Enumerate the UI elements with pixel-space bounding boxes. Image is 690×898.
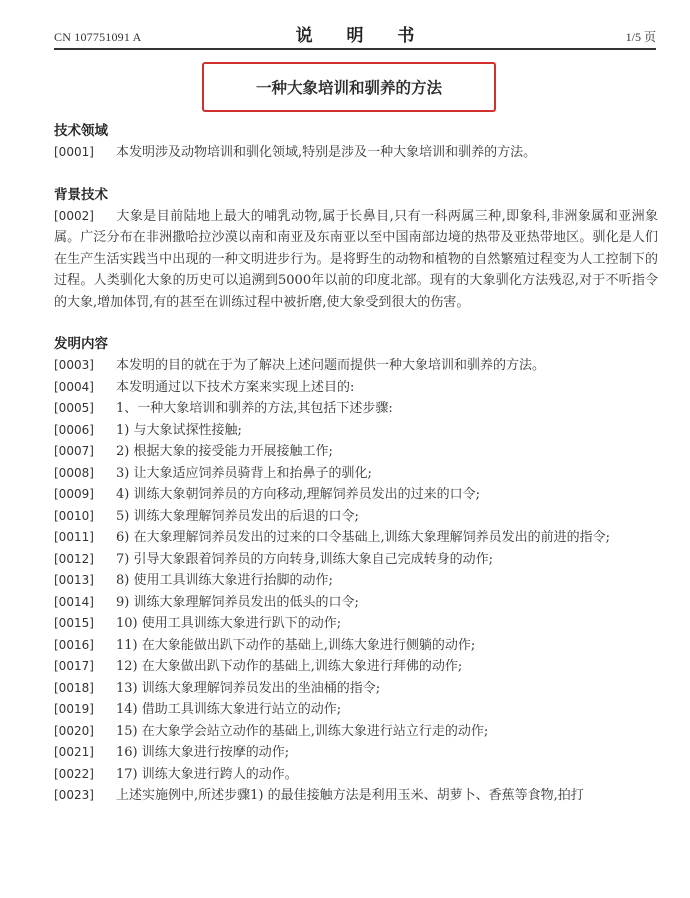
paragraph-number: [0007] xyxy=(54,441,116,463)
paragraph-number: [0008] xyxy=(54,463,116,485)
paragraph: [0010]5) 训练大象理解饲养员发出的后退的口令; xyxy=(54,506,658,528)
paragraph: [0006]1) 与大象试探性接触; xyxy=(54,420,658,442)
paragraph: [0015]10) 使用工具训练大象进行趴下的动作; xyxy=(54,613,658,635)
paragraph-text: 9) 训练大象理解饲养员发出的低头的口令; xyxy=(116,595,359,610)
paragraph: [0018]13) 训练大象理解饲养员发出的坐油桶的指令; xyxy=(54,678,658,700)
paragraph-text: 本发明涉及动物培训和驯化领域,特别是涉及一种大象培训和驯养的方法。 xyxy=(116,145,536,160)
paragraph: [0021]16) 训练大象进行按摩的动作; xyxy=(54,742,658,764)
paragraph-number: [0012] xyxy=(54,549,116,571)
section-heading-technical-field: 技术领域 xyxy=(54,120,658,142)
paragraph-text: 13) 训练大象理解饲养员发出的坐油桶的指令; xyxy=(116,681,380,696)
paragraph: [0011]6) 在大象理解饲养员发出的过来的口令基础上,训练大象理解饲养员发出… xyxy=(54,527,658,549)
paragraph: [0022]17) 训练大象进行跨人的动作。 xyxy=(54,764,658,786)
paragraph-number: [0010] xyxy=(54,506,116,528)
paragraph-text: 15) 在大象学会站立动作的基础上,训练大象进行站立行走的动作; xyxy=(116,724,488,739)
paragraph-number: [0016] xyxy=(54,635,116,657)
paragraph-number: [0003] xyxy=(54,355,116,377)
paragraph: [0016]11) 在大象能做出趴下动作的基础上,训练大象进行侧躺的动作; xyxy=(54,635,658,657)
paragraph-text: 16) 训练大象进行按摩的动作; xyxy=(116,745,289,760)
paragraph-number: [0005] xyxy=(54,398,116,420)
paragraph-text: 本发明的目的就在于为了解决上述问题而提供一种大象培训和驯养的方法。 xyxy=(116,358,545,373)
paragraph: [0023]上述实施例中,所述步骤1) 的最佳接触方法是利用玉米、胡萝卜、香蕉等… xyxy=(54,785,658,807)
paragraph-text: 1) 与大象试探性接触; xyxy=(116,423,242,438)
paragraph: [0003]本发明的目的就在于为了解决上述问题而提供一种大象培训和驯养的方法。 xyxy=(54,355,658,377)
paragraph: [0019]14) 借助工具训练大象进行站立的动作; xyxy=(54,699,658,721)
paragraph-number: [0020] xyxy=(54,721,116,743)
paragraph-number: [0018] xyxy=(54,678,116,700)
paragraph: [0009]4) 训练大象朝饲养员的方向移动,理解饲养员发出的过来的口令; xyxy=(54,484,658,506)
paragraph-number: [0006] xyxy=(54,420,116,442)
paragraph-text: 7) 引导大象跟着饲养员的方向转身,训练大象自己完成转身的动作; xyxy=(116,552,493,567)
paragraph: [0007]2) 根据大象的接受能力开展接触工作; xyxy=(54,441,658,463)
paragraph-text: 1、一种大象培训和驯养的方法,其包括下述步骤: xyxy=(116,401,393,416)
paragraph-text: 10) 使用工具训练大象进行趴下的动作; xyxy=(116,616,341,631)
paragraph-number: [0017] xyxy=(54,656,116,678)
paragraph-text: 14) 借助工具训练大象进行站立的动作; xyxy=(116,702,341,717)
paragraph: [0013]8) 使用工具训练大象进行抬脚的动作; xyxy=(54,570,658,592)
paragraph-number: [0004] xyxy=(54,377,116,399)
paragraph-text: 大象是目前陆地上最大的哺乳动物,属于长鼻目,只有一科两属三种,即象科,非洲象属和… xyxy=(54,209,658,310)
page-header: CN 107751091 A 说 明 书 1/5 页 xyxy=(54,22,656,50)
paragraph-text: 11) 在大象能做出趴下动作的基础上,训练大象进行侧躺的动作; xyxy=(116,638,475,653)
page-indicator: 1/5 页 xyxy=(626,28,656,45)
paragraph-number: [0021] xyxy=(54,742,116,764)
section-heading-background: 背景技术 xyxy=(54,184,658,206)
summary-paragraph-list: [0003]本发明的目的就在于为了解决上述问题而提供一种大象培训和驯养的方法。[… xyxy=(54,355,658,807)
paragraph-number: [0002] xyxy=(54,206,116,228)
paragraph: [0020]15) 在大象学会站立动作的基础上,训练大象进行站立行走的动作; xyxy=(54,721,658,743)
paragraph-text: 6) 在大象理解饲养员发出的过来的口令基础上,训练大象理解饲养员发出的前进的指令… xyxy=(116,530,610,545)
paragraph-text: 5) 训练大象理解饲养员发出的后退的口令; xyxy=(116,509,359,524)
patent-page: CN 107751091 A 说 明 书 1/5 页 一种大象培训和驯养的方法 … xyxy=(0,0,690,898)
paragraph: [0004]本发明通过以下技术方案来实现上述目的: xyxy=(54,377,658,399)
paragraph-text: 12) 在大象做出趴下动作的基础上,训练大象进行拜佛的动作; xyxy=(116,659,462,674)
paragraph-number: [0001] xyxy=(54,142,116,164)
highlighted-title-box: 一种大象培训和驯养的方法 xyxy=(202,62,496,112)
paragraph: [0001]本发明涉及动物培训和驯化领域,特别是涉及一种大象培训和驯养的方法。 xyxy=(54,142,658,164)
paragraph-number: [0019] xyxy=(54,699,116,721)
paragraph: [0014]9) 训练大象理解饲养员发出的低头的口令; xyxy=(54,592,658,614)
paragraph-number: [0013] xyxy=(54,570,116,592)
paragraph-text: 8) 使用工具训练大象进行抬脚的动作; xyxy=(116,573,333,588)
paragraph-text: 17) 训练大象进行跨人的动作。 xyxy=(116,767,298,782)
section-heading-summary: 发明内容 xyxy=(54,333,658,355)
paragraph-number: [0009] xyxy=(54,484,116,506)
paragraph-text: 2) 根据大象的接受能力开展接触工作; xyxy=(116,444,333,459)
document-type-title: 说 明 书 xyxy=(54,21,656,46)
paragraph-number: [0023] xyxy=(54,785,116,807)
paragraph: [0005]1、一种大象培训和驯养的方法,其包括下述步骤: xyxy=(54,398,658,420)
paragraph-number: [0014] xyxy=(54,592,116,614)
paragraph-number: [0022] xyxy=(54,764,116,786)
paragraph: [0012]7) 引导大象跟着饲养员的方向转身,训练大象自己完成转身的动作; xyxy=(54,549,658,571)
paragraph-text: 上述实施例中,所述步骤1) 的最佳接触方法是利用玉米、胡萝卜、香蕉等食物,拍打 xyxy=(116,788,584,803)
invention-title: 一种大象培训和驯养的方法 xyxy=(204,76,494,98)
paragraph-text: 本发明通过以下技术方案来实现上述目的: xyxy=(116,380,354,395)
paragraph-number: [0011] xyxy=(54,527,116,549)
paragraph-text: 3) 让大象适应饲养员骑背上和抬鼻子的驯化; xyxy=(116,466,372,481)
paragraph-number: [0015] xyxy=(54,613,116,635)
document-body: 技术领域 [0001]本发明涉及动物培训和驯化领域,特别是涉及一种大象培训和驯养… xyxy=(54,120,658,807)
paragraph: [0008]3) 让大象适应饲养员骑背上和抬鼻子的驯化; xyxy=(54,463,658,485)
paragraph-text: 4) 训练大象朝饲养员的方向移动,理解饲养员发出的过来的口令; xyxy=(116,487,480,502)
paragraph: [0017]12) 在大象做出趴下动作的基础上,训练大象进行拜佛的动作; xyxy=(54,656,658,678)
paragraph: [0002]大象是目前陆地上最大的哺乳动物,属于长鼻目,只有一科两属三种,即象科… xyxy=(54,206,658,314)
